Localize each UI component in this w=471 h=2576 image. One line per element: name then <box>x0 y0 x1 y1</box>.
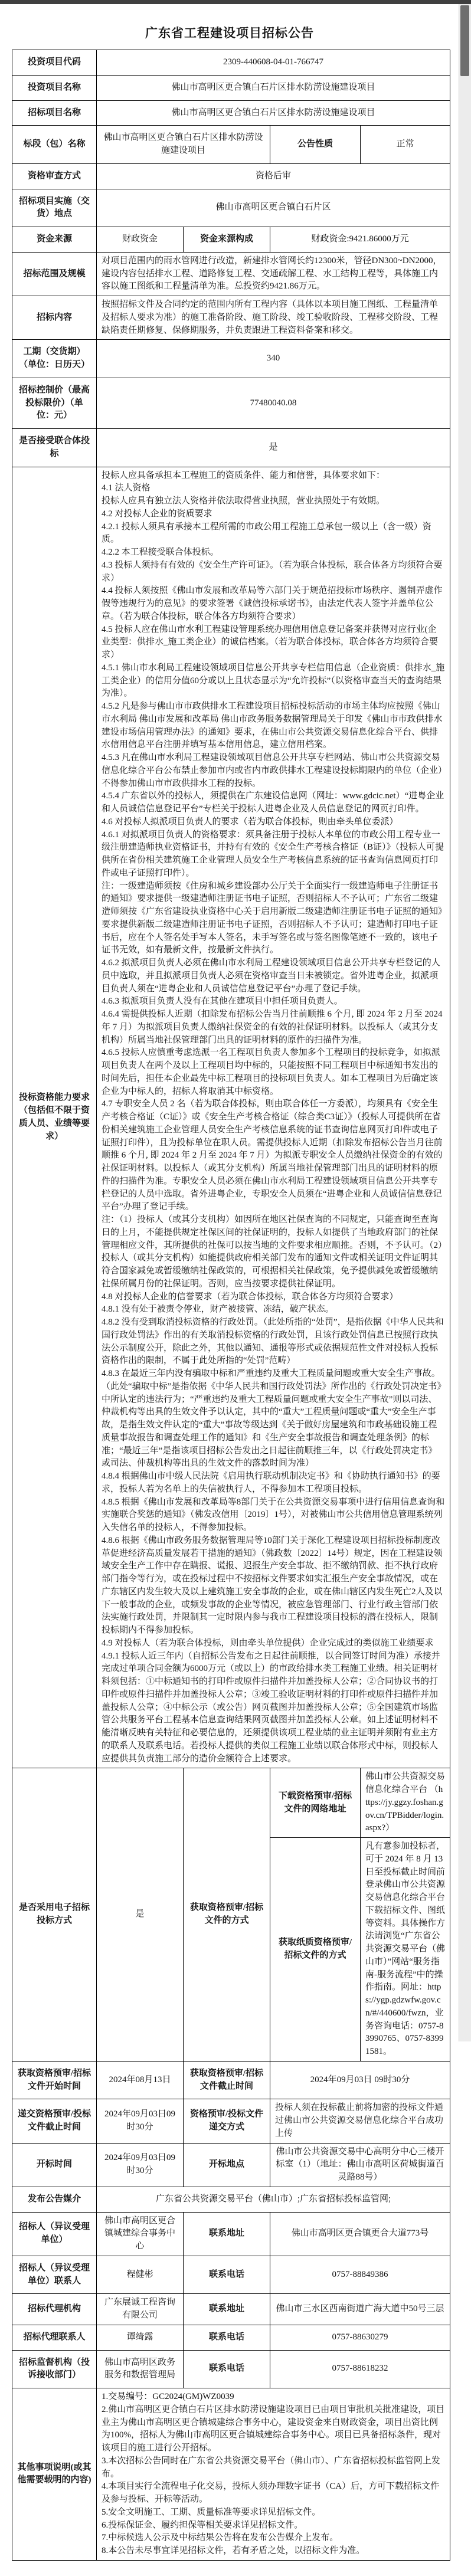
content-label: 招标内容 <box>12 296 97 340</box>
doc-download-url-value: 佛山市公共资源交易信息化综合平台 （https://jy.ggzy.foshan… <box>361 1768 450 1838</box>
tenderer-contact-value: 程健彬 <box>97 2256 184 2294</box>
agency-phone-label: 联系电话 <box>184 2325 270 2350</box>
fund-source-label: 资金来源 <box>12 227 97 253</box>
ceiling-price-label: 招标控制价（最高投标限价）（单位：元） <box>12 378 97 428</box>
table-row: 招标人（异议受理单位）联系人 程健彬 联系电话 0757-88849386 <box>12 2256 450 2294</box>
scrollbar-thumb[interactable] <box>460 5 469 76</box>
table-row: 投资项目名称 佛山市高明区更合镇白石片区排水防涝设施建设项目 <box>12 75 450 100</box>
duration-label: 工期（交货期）（单位：日历天） <box>12 340 97 378</box>
supervisor-phone-label: 联系电话 <box>184 2350 270 2388</box>
paper-doc-method-label: 获取纸质资格预审/招标文件的方式 <box>270 1838 361 2062</box>
media-label: 发布公告媒介 <box>12 2187 97 2212</box>
other-notes-value: 1.交易编号：GC2024(GM)WZ0039 2.佛山市高明区更合镇白石片区排… <box>97 2388 450 2561</box>
submission-deadline-value: 2024年09月03日09时30分 <box>97 2099 184 2143</box>
agency-address-label: 联系地址 <box>184 2294 270 2325</box>
doc-deadline-value: 2024年09月03日 09时30分 <box>270 2061 450 2099</box>
supervisor-value: 佛山市高明区政务服务和数据管理局 <box>97 2350 184 2388</box>
qualification-method-value: 资格后审 <box>97 163 450 189</box>
table-row: 其他事项说明(或其他需要载明的内容) 1.交易编号：GC2024(GM)WZ00… <box>12 2388 450 2561</box>
table-row: 招标范围及规模 对项目范围内的雨水管网进行改造，新建排水管网长约12300米，管… <box>12 252 450 296</box>
paper-doc-method-value: 凡有意参加投标者，可于 2024 年 8 月 13 日至投标截止时间前登录佛山市… <box>361 1838 450 2062</box>
supervisor-label: 招标监督机构（投诉接收部门） <box>12 2350 97 2388</box>
doc-start-time-label: 获取资格预审/招标文件开始时间 <box>12 2061 97 2099</box>
location-label: 招标项目实施（交货）地点 <box>12 189 97 227</box>
submission-method-label: 资格预审/投标文件递交方式 <box>184 2099 270 2143</box>
table-row: 获取资格预审/招标文件开始时间 2024年08月13日 获取资格预审/招标文件截… <box>12 2061 450 2099</box>
tenderer-contact-label: 招标人（异议受理单位）联系人 <box>12 2256 97 2294</box>
etender-label: 是否采用电子招标投标方式 <box>12 1768 97 2062</box>
table-row: 招标项目名称 佛山市高明区更合镇白石片区排水防涝设施建设项目 <box>12 100 450 126</box>
page-title: 广东省工程建设项目招标公告 <box>0 24 459 41</box>
submission-method-value: 投标人须在投标截止前将加密的投标文件通过佛山市公共资源交易信息化综合平台成功上传 <box>270 2099 450 2143</box>
submission-deadline-label: 递交资格预审/投标文件截止时间 <box>12 2099 97 2143</box>
doc-download-url-label: 下载资格预审/招标文件的网络地址 <box>270 1768 361 1838</box>
supervisor-phone-value: 0757-88618232 <box>270 2350 450 2388</box>
agency-contact-value: 谭绮露 <box>97 2325 184 2350</box>
table-row: 招标人（异议受理单位） 佛山市高明区更合镇城建综合事务中心 联系地址 佛山市高明… <box>12 2212 450 2256</box>
table-row: 招标代理联系人 谭绮露 联系电话 0757-88630279 <box>12 2325 450 2350</box>
table-row: 开标时间 2024年09月03日09时30分 开标地点 佛山市公共资源交易中心高… <box>12 2143 450 2187</box>
section-name-value: 佛山市高明区更合镇白石片区排水防涝设施建设项目 <box>97 126 270 164</box>
table-row: 是否采用电子招标投标方式 是 获取资格预审/招标文件的方式 下载资格预审/招标文… <box>12 1768 450 1838</box>
agency-contact-label: 招标代理联系人 <box>12 2325 97 2350</box>
table-row: 招标代理机构 广东展诚工程咨询有限公司 联系地址 佛山市三水区西南街道广海大道中… <box>12 2294 450 2325</box>
doc-deadline-label: 获取资格预审/招标文件截止时间 <box>184 2061 270 2099</box>
agency-address-value: 佛山市三水区西南街道广海大道中50号三层 <box>270 2294 450 2325</box>
location-value: 佛山市高明区更合镇白石片区 <box>97 189 450 227</box>
invest-code-label: 投资项目代码 <box>12 50 97 76</box>
tenderer-phone-value: 0757-88849386 <box>270 2256 450 2294</box>
agency-value: 广东展诚工程咨询有限公司 <box>97 2294 184 2325</box>
fund-source-value: 财政资金 <box>97 227 184 253</box>
fund-composition-value: 财政资金:9421.86000万元 <box>270 227 450 253</box>
opening-place-value: 佛山市公共资源交易中心高明分中心三楼开标室（1）（地址：佛山市高明区荷城街道百灵… <box>270 2143 450 2187</box>
tenderer-address-value: 佛山市高明区更合镇更合大道773号 <box>270 2212 450 2256</box>
table-row: 发布公告媒介 广东省公共资源交易平台（佛山市）;广东省招标投标监管网; <box>12 2187 450 2212</box>
content-value: 按照招标文件及合同约定的范围内所有工程内容（具体以本项目施工图纸、工程量清单及招… <box>97 296 450 340</box>
section-name-label: 标段（包）名称 <box>12 126 97 164</box>
tenderer-label: 招标人（异议受理单位） <box>12 2212 97 2256</box>
table-row: 招标监督机构（投诉接收部门） 佛山市高明区政务服务和数据管理局 联系电话 075… <box>12 2350 450 2388</box>
table-row: 招标内容 按照招标文件及合同约定的范围内所有工程内容（具体以本项目施工图纸、工程… <box>12 296 450 340</box>
tender-announcement-page: 广东省工程建设项目招标公告 投资项目代码 2309-440608-04-01-7… <box>0 0 471 2576</box>
tenderer-value: 佛山市高明区更合镇城建综合事务中心 <box>97 2212 184 2256</box>
table-row: 招标控制价（最高投标限价）（单位：元） 77480040.08 <box>12 378 450 428</box>
tender-name-label: 招标项目名称 <box>12 100 97 126</box>
table-row: 资金来源 财政资金 资金来源构成 财政资金:9421.86000万元 <box>12 227 450 253</box>
table-row: 是否接受联合体投标 是 <box>12 429 450 467</box>
joint-venture-label: 是否接受联合体投标 <box>12 429 97 467</box>
doc-obtain-method-label: 获取资格预审/招标文件的方式 <box>184 1768 270 2062</box>
opening-place-label: 开标地点 <box>184 2143 270 2187</box>
agency-label: 招标代理机构 <box>12 2294 97 2325</box>
agency-phone-value: 0757-88630279 <box>270 2325 450 2350</box>
capability-label: 投标资格能力要求（包括但不限于资质人员、业绩等要求） <box>12 467 97 1768</box>
invest-code-value: 2309-440608-04-01-766747 <box>97 50 450 76</box>
notice-nature-value: 正常 <box>361 126 450 164</box>
table-row: 投资项目代码 2309-440608-04-01-766747 <box>12 50 450 76</box>
scrollbar-track[interactable] <box>459 4 471 2041</box>
etender-value: 是 <box>97 1768 184 2062</box>
duration-value: 340 <box>97 340 450 378</box>
opening-time-value: 2024年09月03日09时30分 <box>97 2143 184 2187</box>
top-bar <box>0 0 471 4</box>
table-row: 标段（包）名称 佛山市高明区更合镇白石片区排水防涝设施建设项目 公告性质 正常 <box>12 126 450 164</box>
table-row: 招标项目实施（交货）地点 佛山市高明区更合镇白石片区 <box>12 189 450 227</box>
media-value: 广东省公共资源交易平台（佛山市）;广东省招标投标监管网; <box>97 2187 450 2212</box>
qualification-method-label: 资格审查方式 <box>12 163 97 189</box>
capability-value: 投标人应具备承担本工程施工的资质条件、能力和信誉，具体要求如下： 4.1 法人资… <box>97 467 450 1768</box>
announcement-table: 投资项目代码 2309-440608-04-01-766747 投资项目名称 佛… <box>12 50 450 2561</box>
scope-label: 招标范围及规模 <box>12 252 97 296</box>
doc-start-time-value: 2024年08月13日 <box>97 2061 184 2099</box>
table-row: 工期（交货期）（单位：日历天） 340 <box>12 340 450 378</box>
table-row: 递交资格预审/投标文件截止时间 2024年09月03日09时30分 资格预审/投… <box>12 2099 450 2143</box>
invest-name-value: 佛山市高明区更合镇白石片区排水防涝设施建设项目 <box>97 75 450 100</box>
table-row: 资格审查方式 资格后审 <box>12 163 450 189</box>
joint-venture-value: 是 <box>97 429 450 467</box>
ceiling-price-value: 77480040.08 <box>97 378 450 428</box>
fund-composition-label: 资金来源构成 <box>184 227 270 253</box>
other-notes-label: 其他事项说明(或其他需要载明的内容) <box>12 2388 97 2561</box>
tenderer-address-label: 联系地址 <box>184 2212 270 2256</box>
tender-name-value: 佛山市高明区更合镇白石片区排水防涝设施建设项目 <box>97 100 450 126</box>
table-row: 投标资格能力要求（包括但不限于资质人员、业绩等要求） 投标人应具备承担本工程施工… <box>12 467 450 1768</box>
tenderer-phone-label: 联系电话 <box>184 2256 270 2294</box>
notice-nature-label: 公告性质 <box>270 126 361 164</box>
scope-value: 对项目范围内的雨水管网进行改造，新建排水管网长约12300米，管径DN300~D… <box>97 252 450 296</box>
opening-time-label: 开标时间 <box>12 2143 97 2187</box>
invest-name-label: 投资项目名称 <box>12 75 97 100</box>
